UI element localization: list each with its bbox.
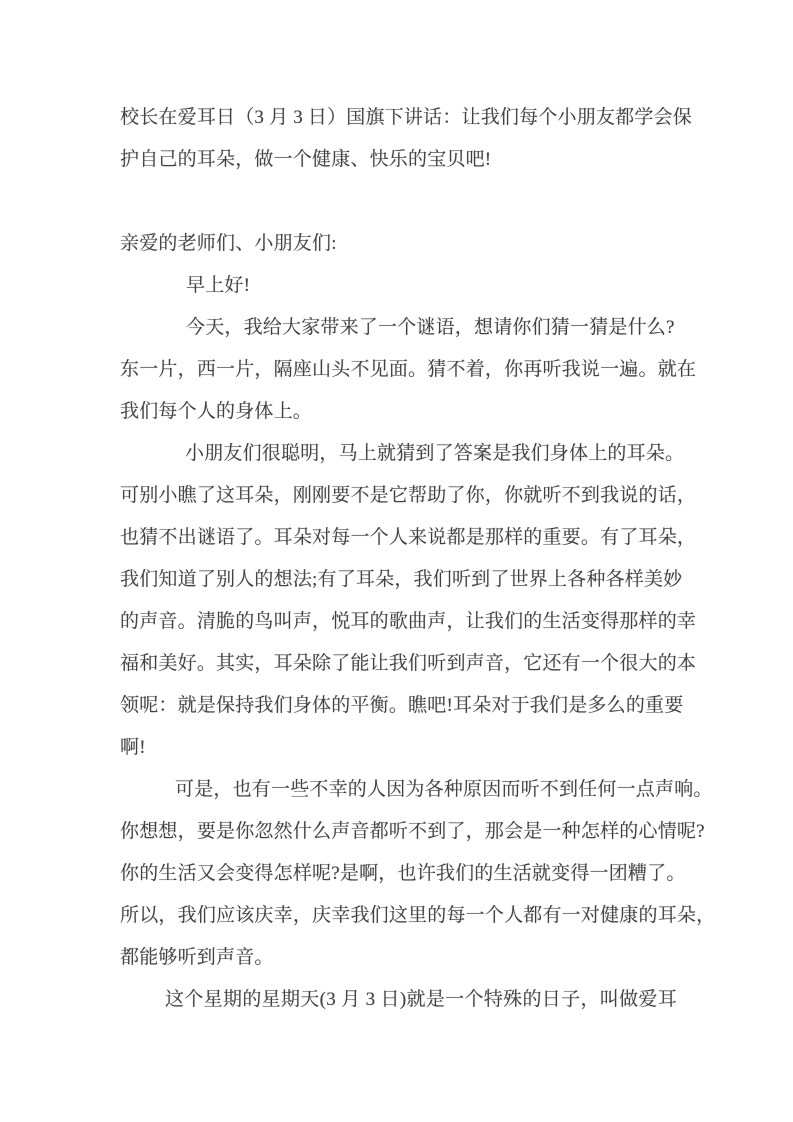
text-line: 可是，也有一些不幸的人因为各种原因而听不到任何一点声响。: [175, 769, 677, 811]
text-line: [120, 181, 677, 223]
text-line: 这个星期的星期天(3 月 3 日)就是一个特殊的日子，叫做爱耳: [165, 979, 677, 1021]
text-line: 校长在爱耳日（3 月 3 日）国旗下讲话：让我们每个小朋友都学会保: [120, 97, 677, 139]
text-line: 我们知道了别人的想法;有了耳朵，我们听到了世界上各种各样美妙: [120, 559, 677, 601]
text-line: 小朋友们很聪明，马上就猜到了答案是我们身体上的耳朵。: [185, 433, 677, 475]
text-line: 啊!: [120, 727, 677, 769]
text-line: 也猜不出谜语了。耳朵对每一个人来说都是那样的重要。有了耳朵，: [120, 517, 677, 559]
text-line: 护自己的耳朵，做一个健康、快乐的宝贝吧!: [120, 139, 677, 181]
text-line: 你想想，要是你忽然什么声音都听不到了，那会是一种怎样的心情呢?: [120, 811, 677, 853]
document-page: 校长在爱耳日（3 月 3 日）国旗下讲话：让我们每个小朋友都学会保护自己的耳朵，…: [0, 0, 793, 1122]
text-line: 早上好!: [186, 265, 677, 307]
text-line: 今天，我给大家带来了一个谜语，想请你们猜一猜是什么?: [186, 307, 677, 349]
text-line: 的声音。清脆的鸟叫声，悦耳的歌曲声，让我们的生活变得那样的幸: [120, 601, 677, 643]
text-line: 东一片，西一片，隔座山头不见面。猜不着，你再听我说一遍。就在: [120, 349, 677, 391]
text-line: 可别小瞧了这耳朵，刚刚要不是它帮助了你，你就听不到我说的话，: [120, 475, 677, 517]
text-line: 所以，我们应该庆幸，庆幸我们这里的每一个人都有一对健康的耳朵，: [120, 895, 677, 937]
text-line: 领呢：就是保持我们身体的平衡。瞧吧!耳朵对于我们是多么的重要: [120, 685, 677, 727]
text-line: 福和美好。其实，耳朵除了能让我们听到声音，它还有一个很大的本: [120, 643, 677, 685]
text-line: 我们每个人的身体上。: [120, 391, 677, 433]
text-line: 都能够听到声音。: [120, 937, 677, 979]
text-line: 亲爱的老师们、小朋友们:: [120, 223, 677, 265]
text-line: 你的生活又会变得怎样呢?是啊，也许我们的生活就变得一团糟了。: [120, 853, 677, 895]
